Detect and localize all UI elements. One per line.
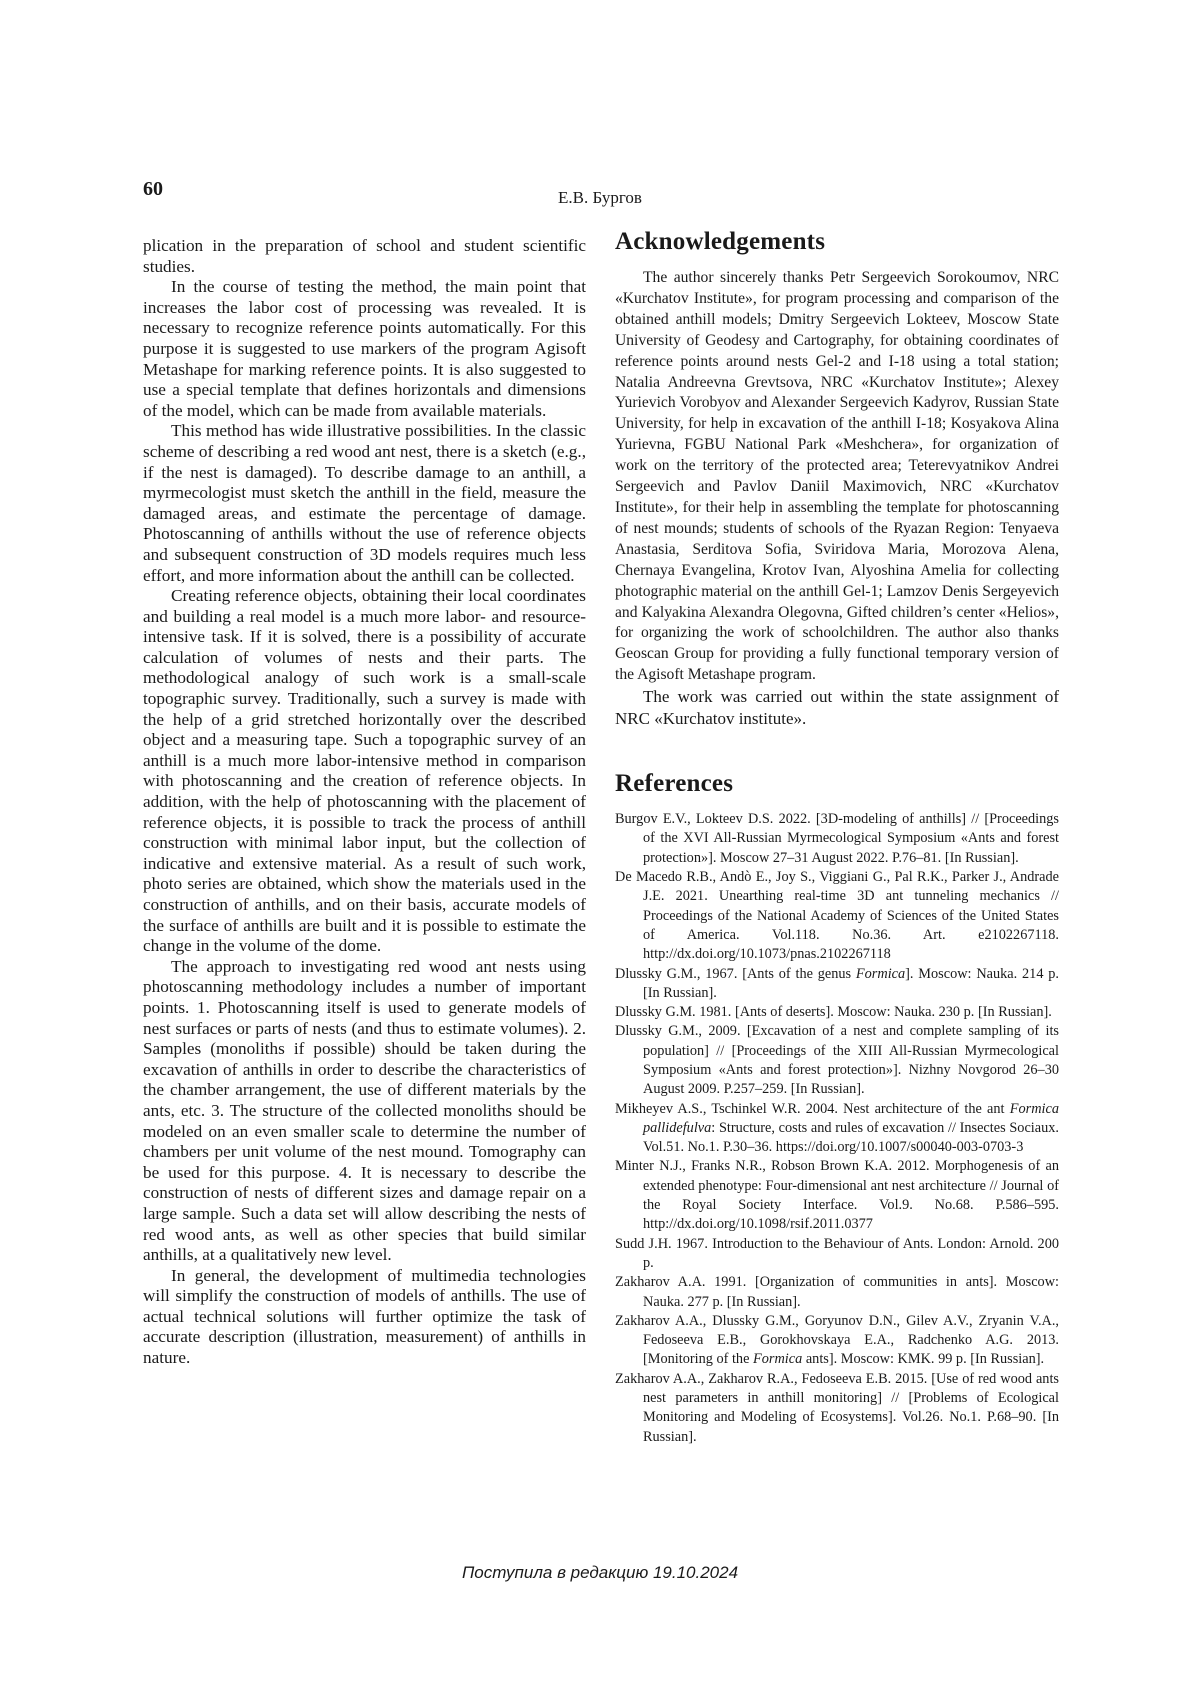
- taxon-italic: Formica: [856, 966, 905, 982]
- acknowledgements-section: Acknowledgements The author sincerely th…: [615, 228, 1059, 730]
- paragraph: Creating reference objects, obtaining th…: [143, 586, 586, 957]
- reference-item: Sudd J.H. 1967. Introduction to the Beha…: [615, 1235, 1059, 1274]
- reference-item: Dlussky G.M., 1967. [Ants of the genus F…: [615, 965, 1059, 1004]
- reference-item: Burgov E.V., Lokteev D.S. 2022. [3D-mode…: [615, 810, 1059, 868]
- reference-item: Zakharov A.A. 1991. [Organization of com…: [615, 1273, 1059, 1312]
- acknowledgements-paragraph: The work was carried out within the stat…: [615, 686, 1059, 730]
- reference-item: Dlussky G.M., 2009. [Excavation of a nes…: [615, 1022, 1059, 1099]
- paragraph: In general, the development of multimedi…: [143, 1266, 586, 1369]
- reference-item: Dlussky G.M. 1981. [Ants of deserts]. Mo…: [615, 1003, 1059, 1022]
- paragraph: plication in the preparation of school a…: [143, 236, 586, 277]
- paragraph: The approach to investigating red wood a…: [143, 957, 586, 1266]
- running-head: Е.В. Бургов: [0, 188, 1200, 208]
- left-column: plication in the preparation of school a…: [143, 236, 586, 1369]
- reference-item: Zakharov A.A., Dlussky G.M., Goryunov D.…: [615, 1312, 1059, 1370]
- reference-item: De Macedo R.B., Andò E., Joy S., Viggian…: [615, 868, 1059, 964]
- taxon-italic: Formica: [753, 1351, 802, 1367]
- right-column: Acknowledgements The author sincerely th…: [615, 228, 1059, 1447]
- acknowledgements-heading: Acknowledgements: [615, 228, 1059, 256]
- paragraph: In the course of testing the method, the…: [143, 277, 586, 421]
- acknowledgements-paragraph: The author sincerely thanks Petr Sergeev…: [615, 268, 1059, 686]
- received-date: Поступила в редакцию 19.10.2024: [0, 1563, 1200, 1583]
- reference-item: Minter N.J., Franks N.R., Robson Brown K…: [615, 1157, 1059, 1234]
- paragraph: This method has wide illustrative possib…: [143, 421, 586, 586]
- reference-item: Zakharov A.A., Zakharov R.A., Fedoseeva …: [615, 1370, 1059, 1447]
- reference-item: Mikheyev A.S., Tschinkel W.R. 2004. Nest…: [615, 1100, 1059, 1158]
- references-list: Burgov E.V., Lokteev D.S. 2022. [3D-mode…: [615, 810, 1059, 1447]
- references-section: References Burgov E.V., Lokteev D.S. 202…: [615, 770, 1059, 1447]
- references-heading: References: [615, 770, 1059, 798]
